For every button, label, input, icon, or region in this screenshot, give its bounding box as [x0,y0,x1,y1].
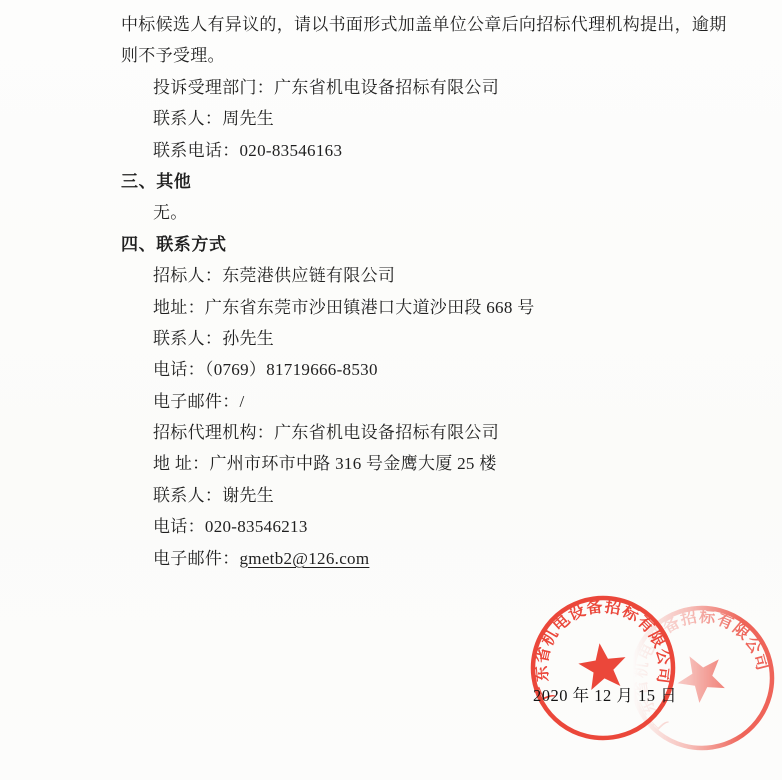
text-line-content: 联系人：周先生 [153,109,274,128]
date-stamp: 2020 年 12 月 15 日 [533,682,677,706]
text-line: 联系电话：020-83546163 [0,135,782,166]
text-line: 四、联系方式 [0,229,782,260]
text-line-content: 电子邮件： [153,549,240,568]
page: 中标候选人有异议的，请以书面形式加盖单位公章后向招标代理机构提出，逾期则不予受理… [0,0,782,780]
text-line-content: 投诉受理部门：广东省机电设备招标有限公司 [153,78,499,97]
text-line: 三、其他 [0,166,782,197]
text-line-content: 联系人：谢先生 [153,486,274,505]
email-address: gmetb2@126.com [240,549,370,568]
text-line-content: 电子邮件：/ [153,392,245,411]
text-line-content: 三、其他 [121,172,191,191]
text-line-content: 中标候选人有异议的，请以书面形式加盖单位公章后向招标代理机构提出，逾期 [121,15,727,34]
scanned-document-page: { "page": { "background": "#fcfcfb", "te… [0,0,782,780]
text-line: 电话：（0769）81719666-8530 [0,354,782,385]
text-line: 联系人：谢先生 [0,480,782,511]
text-line: 联系人：周先生 [0,103,782,134]
text-line-content: 联系人：孙先生 [153,329,274,348]
text-line-content: 地 址：广州市环市中路 316 号金鹰大厦 25 楼 [153,454,497,473]
text-line: 招标人：东莞港供应链有限公司 [0,260,782,291]
text-line: 电话：020-83546213 [0,511,782,542]
text-line-content: 电话：（0769）81719666-8530 [153,360,378,379]
text-line: 地 址：广州市环市中路 316 号金鹰大厦 25 楼 [0,448,782,479]
text-line: 地址：广东省东莞市沙田镇港口大道沙田段 668 号 [0,292,782,323]
text-line-content: 招标代理机构：广东省机电设备招标有限公司 [153,423,499,442]
text-line: 则不予受理。 [0,40,782,71]
text-line-content: 四、联系方式 [121,235,227,254]
text-line: 无。 [0,197,782,228]
star-icon [669,644,733,707]
text-line-content: 地址：广东省东莞市沙田镇港口大道沙田段 668 号 [153,298,535,317]
text-line: 中标候选人有异议的，请以书面形式加盖单位公章后向招标代理机构提出，逾期 [0,9,782,40]
text-line: 电子邮件：gmetb2@126.com [0,543,782,574]
text-line-content: 无。 [153,203,188,222]
text-line: 电子邮件：/ [0,386,782,417]
text-line: 投诉受理部门：广东省机电设备招标有限公司 [0,72,782,103]
document-body: 中标候选人有异议的，请以书面形式加盖单位公章后向招标代理机构提出，逾期则不予受理… [0,9,782,574]
text-line-content: 则不予受理。 [121,46,225,65]
text-line-content: 电话：020-83546213 [153,517,308,536]
text-line: 招标代理机构：广东省机电设备招标有限公司 [0,417,782,448]
text-line-content: 联系电话：020-83546163 [153,141,342,160]
text-line: 联系人：孙先生 [0,323,782,354]
text-line-content: 招标人：东莞港供应链有限公司 [153,266,395,285]
